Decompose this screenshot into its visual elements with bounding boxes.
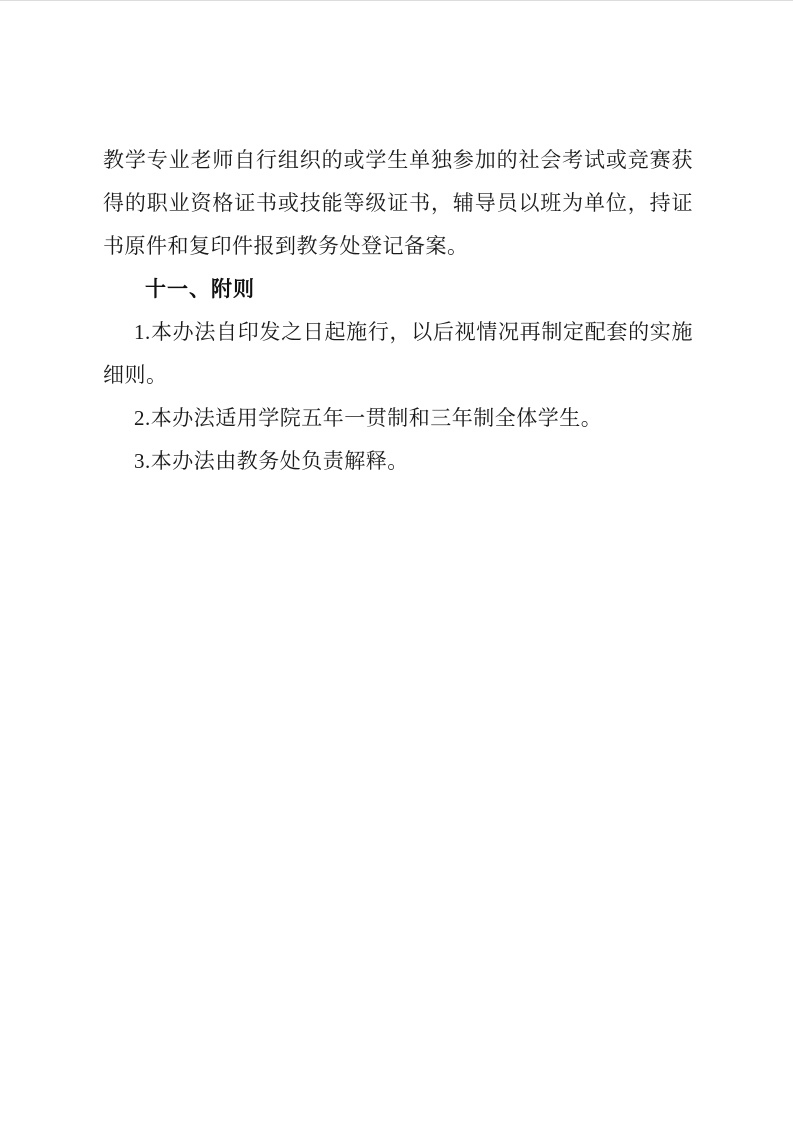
section-heading: 十一、附则 <box>103 268 693 311</box>
list-item-1: 1.本办法自印发之日起施行，以后视情况再制定配套的实施细则。 <box>103 311 693 397</box>
document-page: 教学专业老师自行组织的或学生单独参加的社会考试或竞赛获得的职业资格证书或技能等级… <box>0 0 793 1122</box>
paragraph-continuation: 教学专业老师自行组织的或学生单独参加的社会考试或竞赛获得的职业资格证书或技能等级… <box>103 139 693 268</box>
list-item-3: 3.本办法由教务处负责解释。 <box>103 440 693 483</box>
list-item-2: 2.本办法适用学院五年一贯制和三年制全体学生。 <box>103 397 693 440</box>
